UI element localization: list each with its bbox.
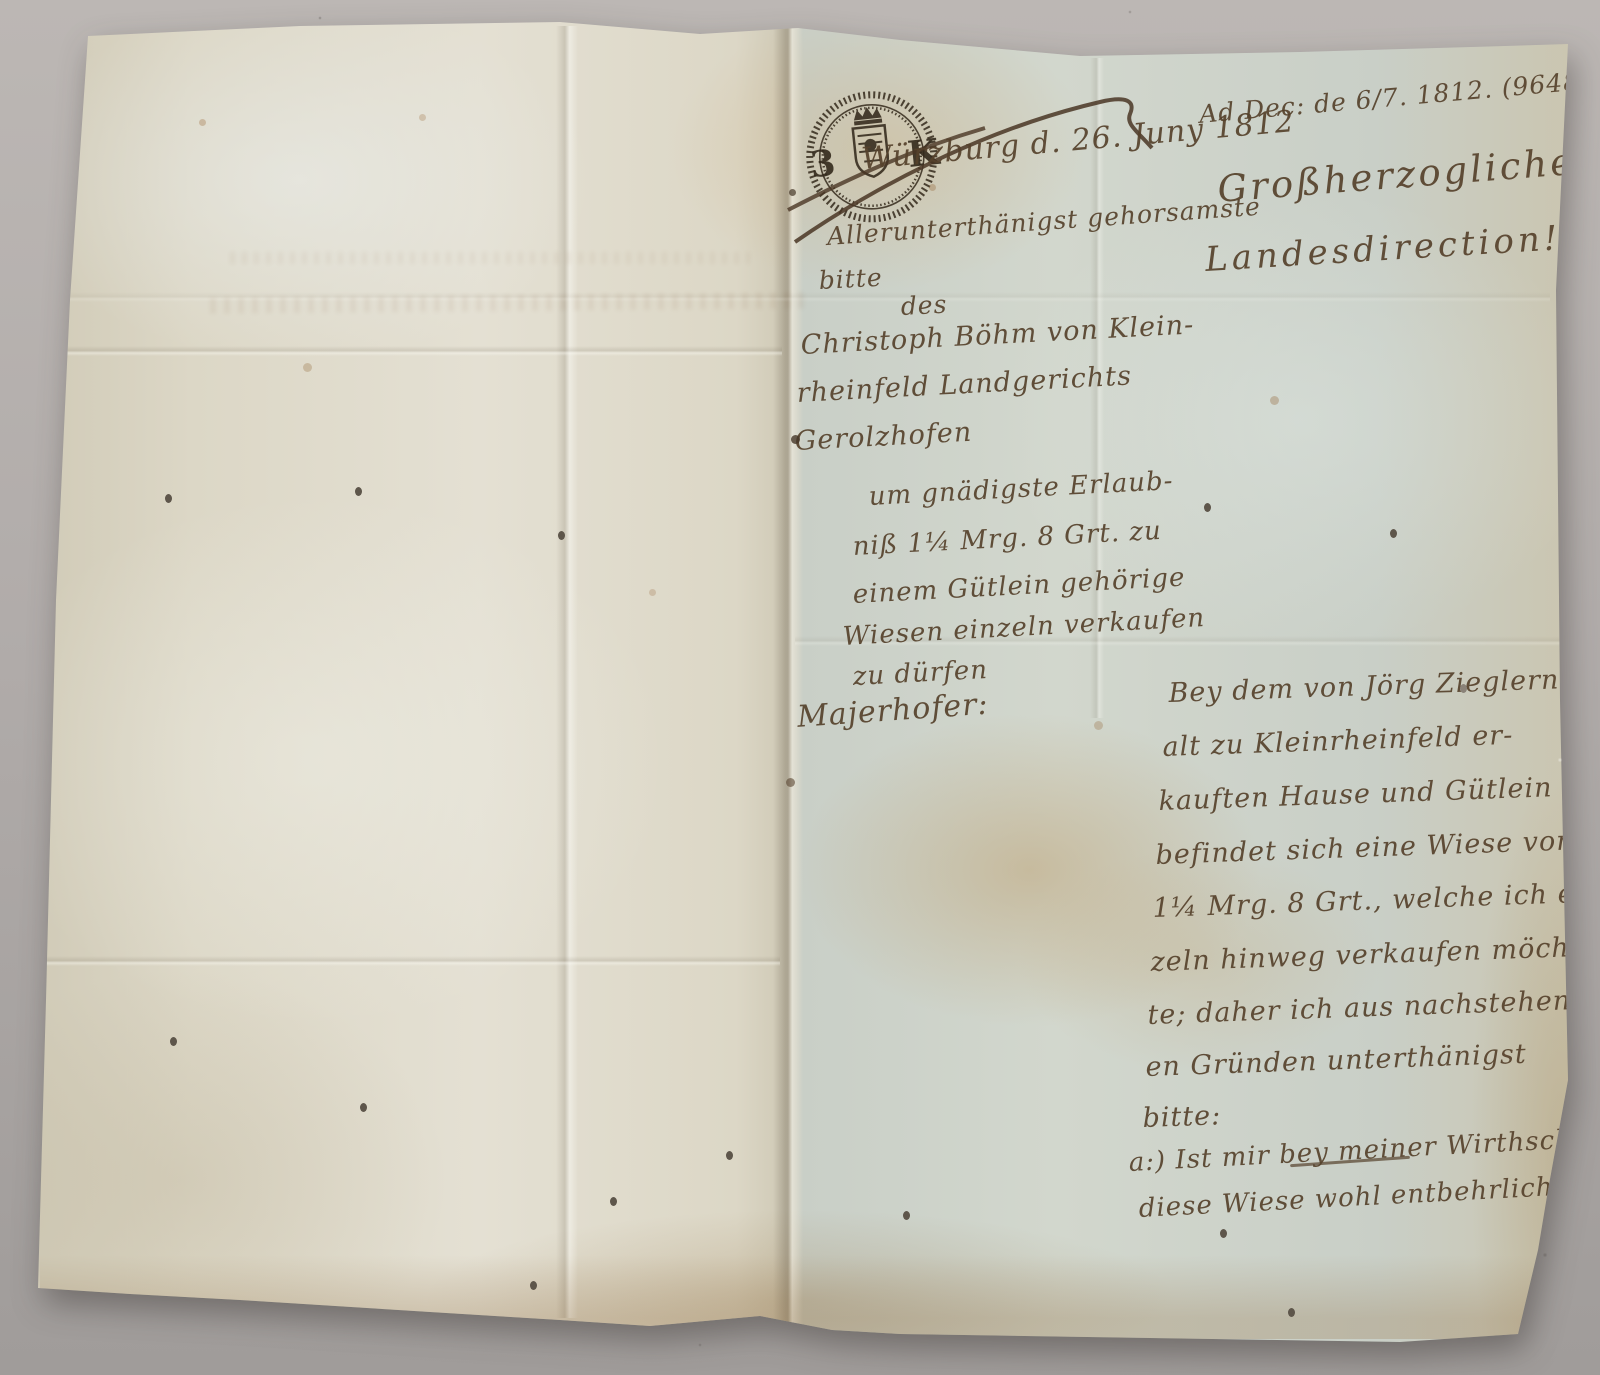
- petition-line: um gnädigste Erlaub-: [868, 466, 1174, 512]
- body-line: en Gründen unterthänigst: [1145, 1039, 1527, 1083]
- browned-bottom-edge: [40, 1255, 1540, 1339]
- petition-line: Allerunterthänigst gehorsamste: [826, 192, 1262, 251]
- petition-line: einem Gütlein gehörige: [852, 563, 1186, 610]
- petition-line: Wiesen einzeln verkaufen: [842, 603, 1206, 652]
- pinholes: [0, 0, 7, 9]
- petition-line: niß 1¼ Mrg. 8 Grt. zu: [852, 516, 1163, 562]
- manuscript-sheet: 3 K Ad Dec: de 6/7. 1812. (9648.) Großhe…: [0, 0, 1600, 1375]
- fold-crease-horizontal-4: [70, 292, 1550, 302]
- body-line: kauften Hause und Gütlein: [1158, 772, 1553, 817]
- petition-line: Christoph Böhm von Klein-: [800, 309, 1195, 361]
- petition-line: zu dürfen: [852, 655, 989, 692]
- signature-majerhofer: Majerhofer:: [796, 687, 990, 735]
- foxing-spots: [0, 0, 5, 5]
- petition-line: bitte: [818, 263, 883, 295]
- petition-line: des: [900, 290, 948, 321]
- body-line: 1¼ Mrg. 8 Grt., welche ich ein-: [1152, 877, 1600, 924]
- body-line: diese Wiese wohl entbehrlich.: [1138, 1172, 1564, 1224]
- petition-line: rheinfeld Landgerichts: [796, 360, 1133, 409]
- body-line: te; daher ich aus nachstehend-: [1147, 984, 1600, 1031]
- body-line: zeln hinweg verkaufen möch-: [1150, 932, 1580, 978]
- petition-line: Gerolzhofen: [794, 417, 973, 457]
- fold-crease-horizontal-1: [42, 346, 782, 356]
- paper-shadow: 3 K Ad Dec: de 6/7. 1812. (9648.) Großhe…: [0, 0, 1600, 1375]
- center-fold: [773, 28, 803, 1328]
- body-line: bitte:: [1142, 1100, 1222, 1134]
- body-line: Bey dem von Jörg Zieglern: [1168, 664, 1560, 709]
- body-line: alt zu Kleinrheinfeld er-: [1162, 720, 1514, 763]
- stamp-value-left: 3: [808, 142, 837, 186]
- addressee-line-1: Großherzogliche: [1216, 140, 1576, 211]
- ink-bleedthrough: [210, 292, 810, 313]
- ink-bleedthrough: [230, 252, 750, 264]
- photograph-of-document: 3 K Ad Dec: de 6/7. 1812. (9648.) Großhe…: [0, 0, 1600, 1375]
- fold-crease-horizontal-2: [38, 956, 780, 966]
- body-line: befindet sich eine Wiese von: [1155, 825, 1575, 871]
- stamp-crown-icon: [853, 106, 883, 126]
- addressee-line-2: Landesdirection!: [1204, 218, 1562, 280]
- fold-crease-vertical-left: [556, 26, 578, 1318]
